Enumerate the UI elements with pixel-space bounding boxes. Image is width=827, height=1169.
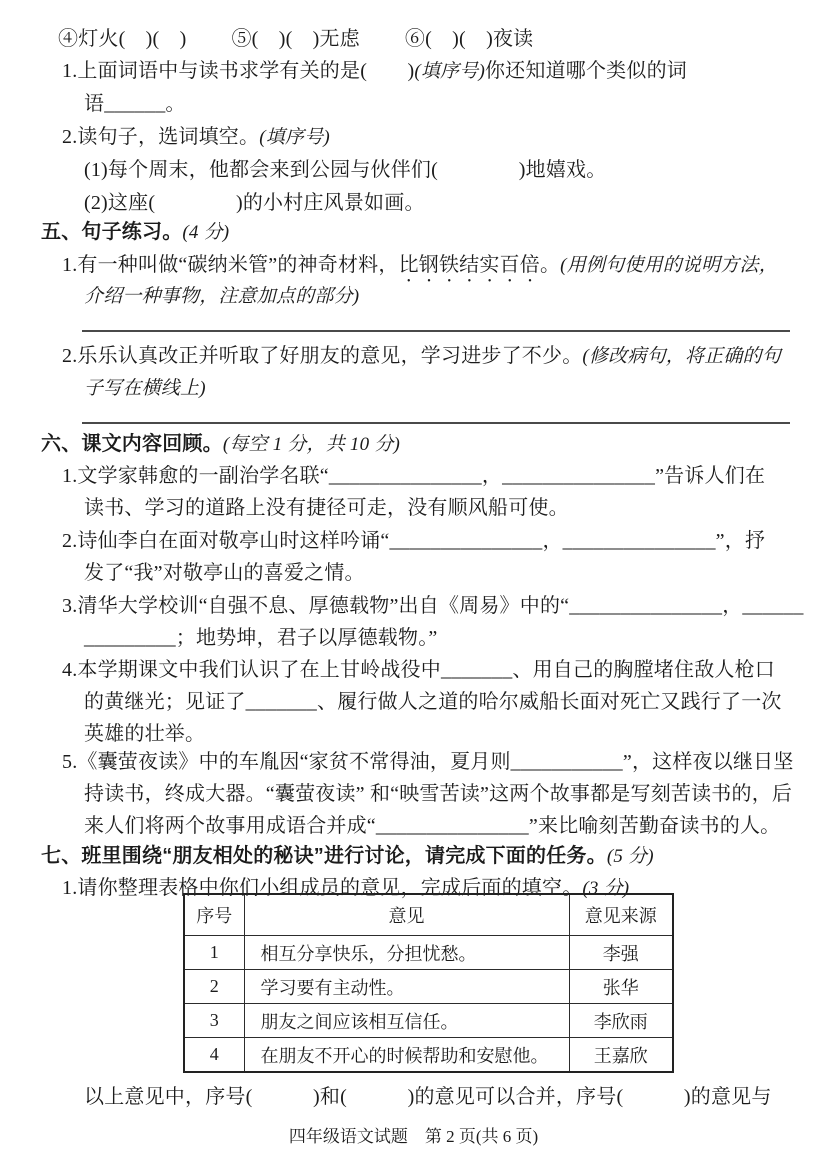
s5-q1-hint: (用例句使用的说明方法， — [560, 255, 778, 276]
row-opinion: 学习要有主动性。 — [244, 970, 569, 1004]
s6-q1-line2: 读书、学习的道路上没有捷径可走，没有顺风船可使。 — [84, 493, 569, 523]
word-item-4: ④灯火( )( ) — [58, 24, 186, 54]
q4-1-hint: (填序号) — [414, 61, 485, 82]
section-6-score: (每空 1 分，共 10 分) — [223, 434, 400, 455]
section-6-heading: 六、课文内容回顾。(每空 1 分，共 10 分) — [41, 429, 400, 460]
row-source: 张华 — [569, 970, 673, 1004]
s6-q4-line1: 4.本学期课文中我们认识了在上甘岭战役中_______、用自己的胸膛堵住敌人枪口 — [62, 655, 775, 685]
s5-q2-text: 2.乐乐认真改正并听取了好朋友的意见，学习进步了不少。 — [62, 345, 582, 367]
s5-q2-line2-hint: 子写在横线上) — [84, 374, 206, 404]
table-row: 4 在朋友不开心的时候帮助和安慰他。 王嘉欣 — [184, 1038, 673, 1073]
answer-line — [82, 330, 790, 332]
section-5-title: 五、句子练习。 — [41, 221, 182, 243]
s5-q1-pre: 1.有一种叫做“碳纳米管”的神奇材料， — [62, 254, 399, 276]
row-index: 3 — [184, 1004, 244, 1038]
q4-1-rest: 你还知道哪个类似的词 — [485, 60, 687, 82]
s7-closing-line: 以上意见中，序号( )和( )的意见可以合并，序号( )的意见与 — [84, 1082, 772, 1112]
table-row: 2 学习要有主动性。 张华 — [184, 970, 673, 1004]
table-row: 1 相互分享快乐，分担忧愁。 李强 — [184, 936, 673, 970]
row-opinion: 相互分享快乐，分担忧愁。 — [244, 936, 569, 970]
q4-1-line2: 语______。 — [84, 89, 186, 119]
section-5-heading: 五、句子练习。(4 分) — [41, 217, 229, 248]
s6-q5-line2: 持读书，终成大器。“囊萤夜读” 和“映雪苦读”这两个故事都是写刻苦读书的，后 — [84, 779, 792, 809]
s5-q2-hint: (修改病句，将正确的句 — [582, 346, 781, 367]
s6-q5-line3: 来人们将两个故事用成语合并成“_______________”来比喻刻苦勤奋读书… — [84, 811, 780, 841]
q4-1-text: 1.上面词语中与读书求学有关的是( ) — [62, 60, 414, 82]
s6-q4-line3: 英雄的壮举。 — [84, 719, 205, 749]
s6-q2-line1: 2.诗仙李白在面对敬亭山时这样吟诵“_______________，______… — [62, 526, 765, 556]
row-source: 李欣雨 — [569, 1004, 673, 1038]
section-7-score: (5 分) — [607, 846, 654, 867]
s5-q1-post: 。 — [540, 254, 560, 276]
table-header-opinion: 意见 — [244, 894, 569, 936]
row-index: 4 — [184, 1038, 244, 1073]
q4-1-line1: 1.上面词语中与读书求学有关的是( )(填序号)你还知道哪个类似的词 — [62, 56, 687, 87]
page-footer: 四年级语文试题 第 2 页(共 6 页) — [0, 1122, 827, 1147]
section-7-heading: 七、班里围绕“朋友相处的秘诀”进行讨论，请完成下面的任务。(5 分) — [41, 841, 654, 872]
table-header-index: 序号 — [184, 894, 244, 936]
q4-2-stem: 2.读句子，选词填空。(填序号) — [62, 122, 330, 153]
section-5-score: (4 分) — [182, 222, 229, 243]
answer-line — [82, 422, 790, 424]
row-index: 1 — [184, 936, 244, 970]
table-row: 3 朋友之间应该相互信任。 李欣雨 — [184, 1004, 673, 1038]
q4-2-hint: (填序号) — [259, 127, 330, 148]
s6-q5-line1: 5.《囊萤夜读》中的车胤因“家贫不常得油，夏月则___________”，这样夜… — [62, 747, 794, 777]
section-6-title: 六、课文内容回顾。 — [41, 433, 223, 455]
s6-q3-line2: _________；地势坤，君子以厚德载物。” — [84, 623, 437, 653]
row-source: 王嘉欣 — [569, 1038, 673, 1073]
row-source: 李强 — [569, 936, 673, 970]
q4-2-text: 2.读句子，选词填空。 — [62, 126, 259, 148]
s6-q4-line2: 的黄继光；见证了_______、履行做人之道的哈尔威船长面对死亡又践行了一次 — [84, 687, 782, 717]
exam-page: ④灯火( )( ) ⑤( )( )无虑 ⑥( )( )夜读 1.上面词语中与读书… — [0, 0, 827, 1169]
row-opinion: 在朋友不开心的时候帮助和安慰他。 — [244, 1038, 569, 1073]
section-7-title: 七、班里围绕“朋友相处的秘诀”进行讨论，请完成下面的任务。 — [41, 845, 607, 867]
q4-2-sub1: (1)每个周末，他都会来到公园与伙伴们( )地嬉戏。 — [84, 155, 606, 185]
row-index: 2 — [184, 970, 244, 1004]
q4-2-sub2: (2)这座( )的小村庄风景如画。 — [84, 188, 425, 218]
s6-q1-line1: 1.文学家韩愈的一副治学名联“_______________，_________… — [62, 461, 765, 491]
word-item-5: ⑤( )( )无虑 — [231, 24, 359, 54]
s6-q3-line1: 3.清华大学校训“自强不息、厚德载物”出自《周易》中的“____________… — [62, 591, 804, 621]
word-list-row: ④灯火( )( ) ⑤( )( )无虑 ⑥( )( )夜读 — [58, 24, 533, 54]
s5-q2-line1: 2.乐乐认真改正并听取了好朋友的意见，学习进步了不少。(修改病句，将正确的句 — [62, 341, 781, 372]
word-item-6: ⑥( )( )夜读 — [405, 24, 533, 54]
table-header-row: 序号 意见 意见来源 — [184, 894, 673, 936]
opinion-table: 序号 意见 意见来源 1 相互分享快乐，分担忧愁。 李强 2 学习要有主动性。 … — [183, 893, 674, 1073]
table-header-source: 意见来源 — [569, 894, 673, 936]
row-opinion: 朋友之间应该相互信任。 — [244, 1004, 569, 1038]
s5-q1-emphasized: 比钢铁结实百倍 — [399, 254, 540, 276]
s5-q1-line2-hint: 介绍一种事物，注意加点的部分) — [84, 282, 359, 312]
s6-q2-line2: 发了“我”对敬亭山的喜爱之情。 — [84, 558, 365, 588]
